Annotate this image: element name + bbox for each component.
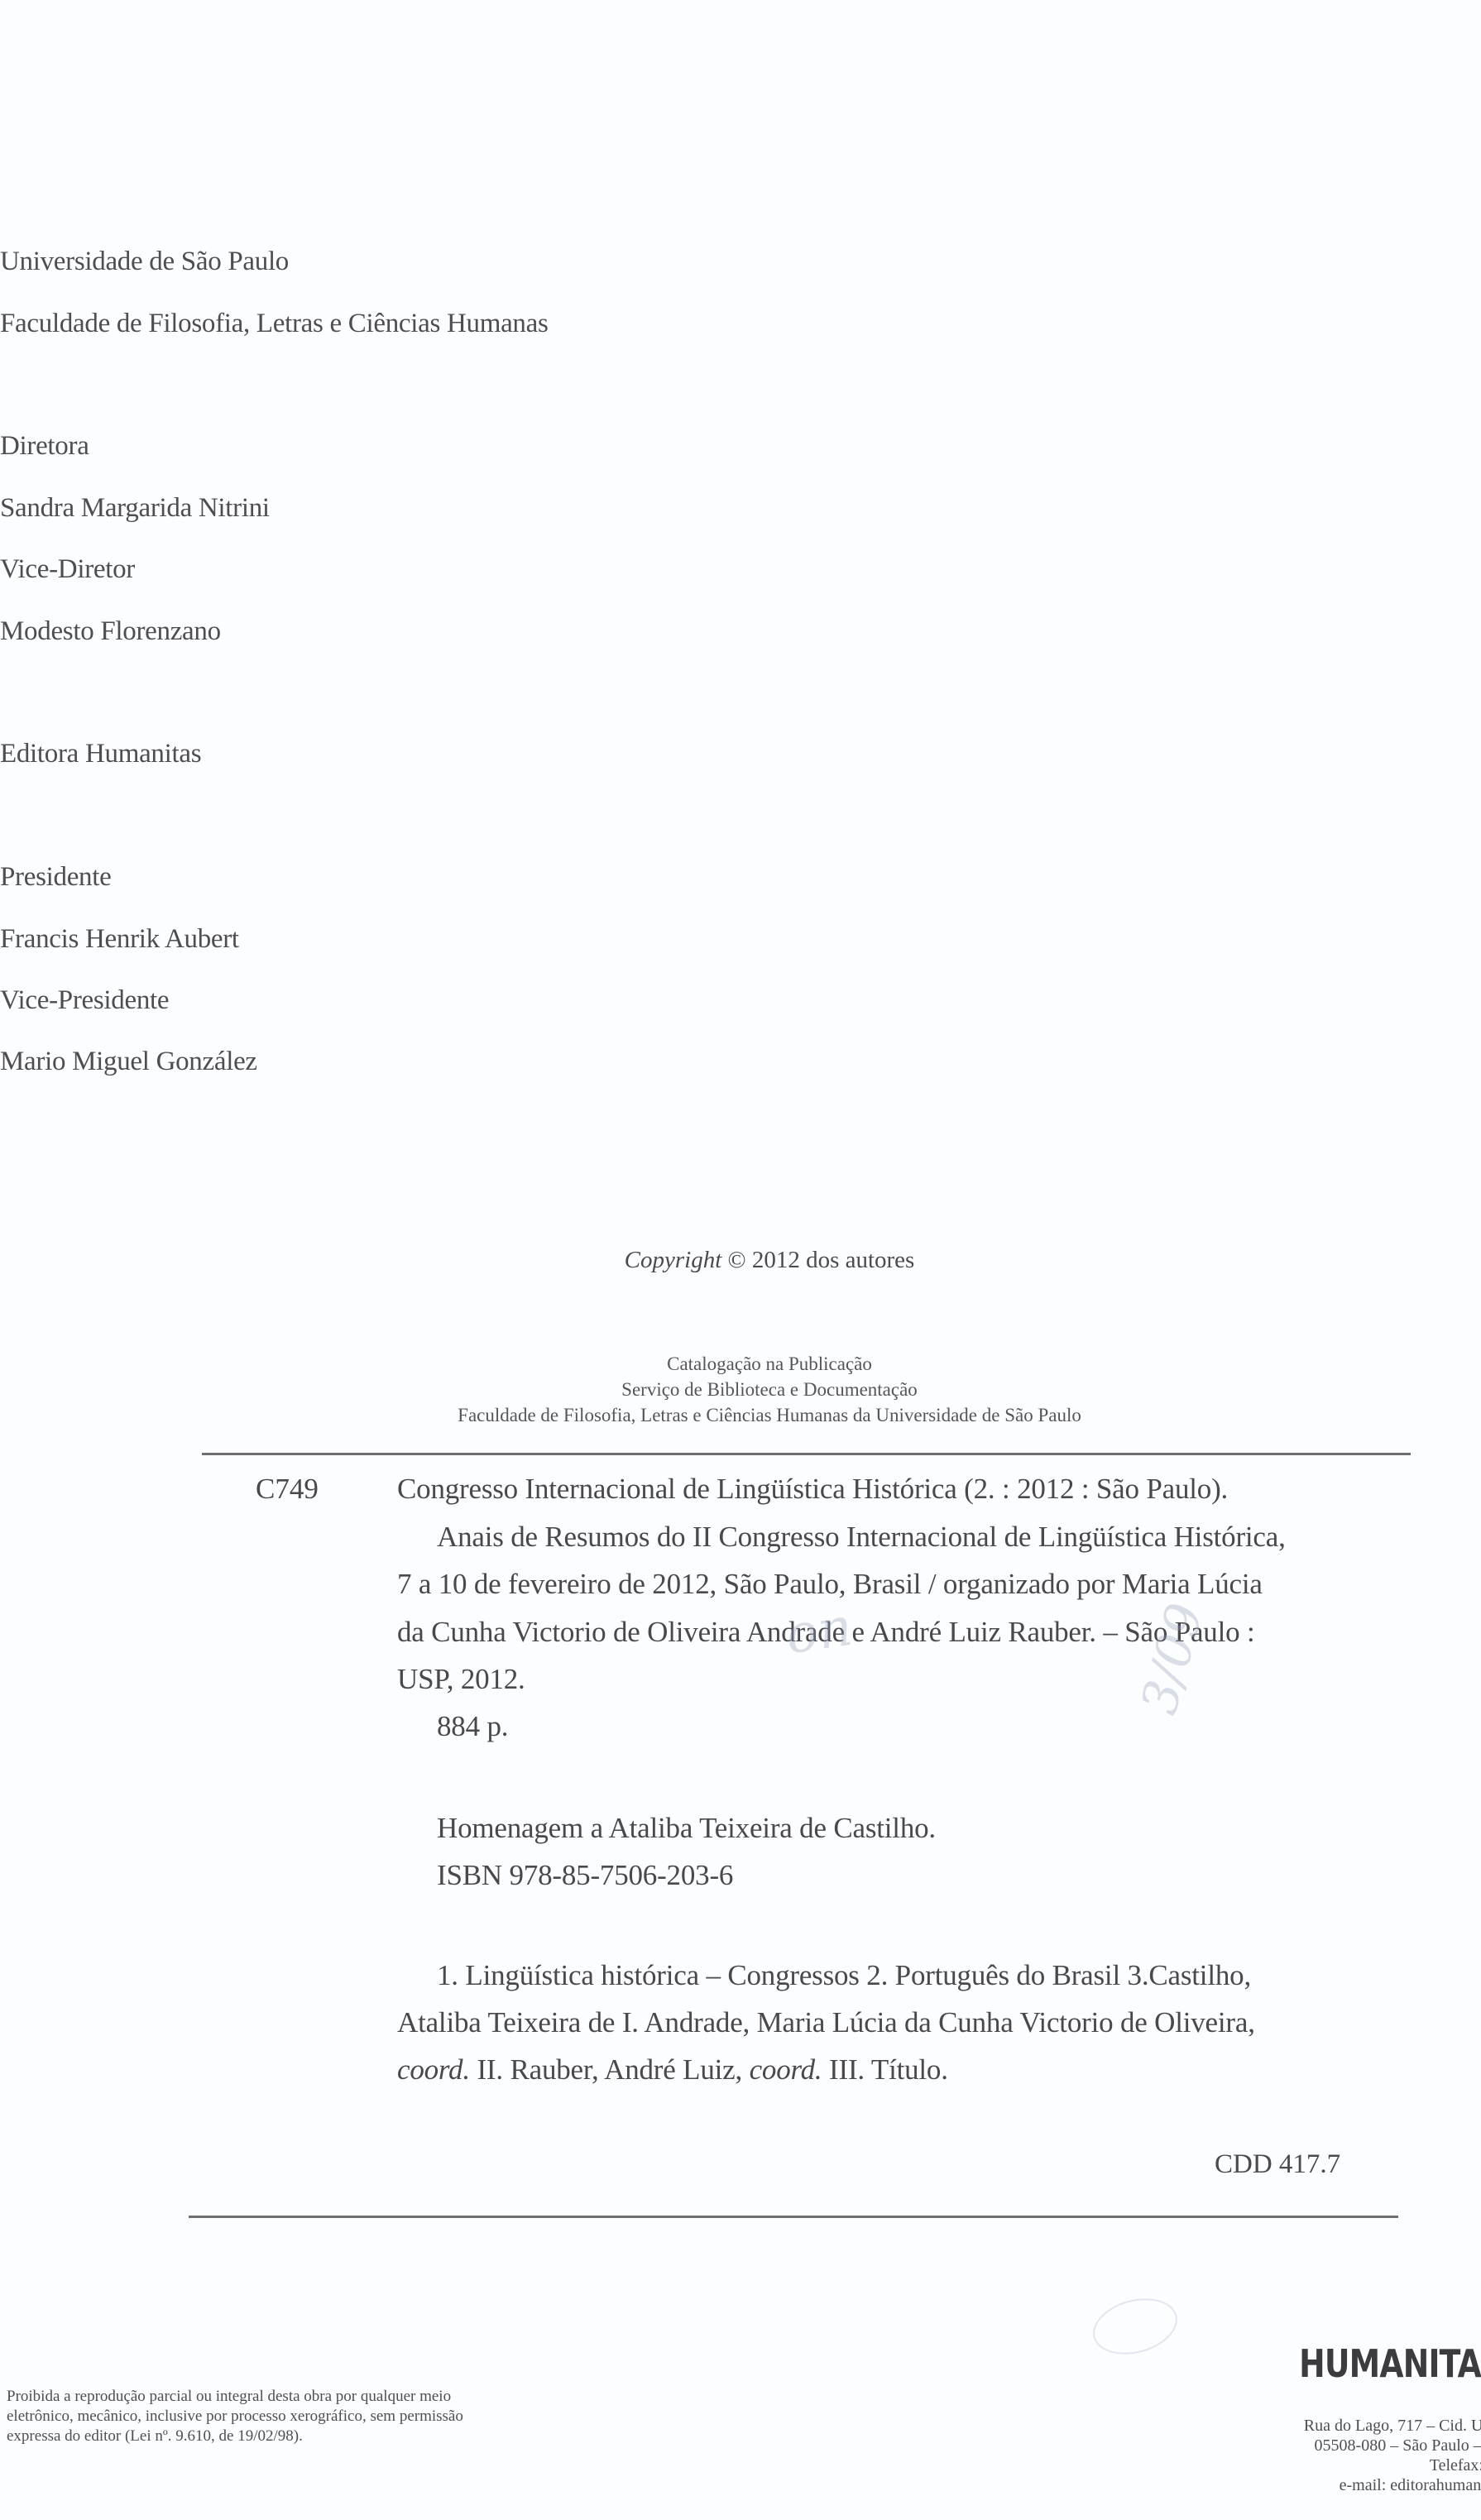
- title-line-1: Anais de Resumos do II Congresso Interna…: [437, 1521, 1286, 1554]
- copyright-word: Copyright: [625, 1247, 722, 1273]
- subjects-mid: II. Rauber, André Luiz,: [470, 2053, 750, 2086]
- copyright-notice: Copyright © 2012 dos autores: [0, 1247, 1481, 1274]
- catalog-top-rule: [202, 1453, 1411, 1455]
- copyright-rest: © 2012 dos autores: [728, 1247, 915, 1273]
- vice-director-title: Vice-Diretor: [0, 553, 135, 586]
- publisher-name: Editora Humanitas: [0, 737, 201, 770]
- address-line-1: Rua do Lago, 717 – Cid. Univ: [1304, 2416, 1481, 2436]
- pencil-annotation: on: [782, 1597, 856, 1666]
- director-title: Diretora: [0, 429, 89, 462]
- isbn: ISBN 978-85-7506-203-6: [437, 1859, 733, 1892]
- note: Homenagem a Ataliba Teixeira de Castilho…: [437, 1812, 936, 1845]
- subjects-line-3: coord. II. Rauber, André Luiz, coord. II…: [397, 2053, 948, 2086]
- president-name: Francis Henrik Aubert: [0, 922, 239, 956]
- vice-president-title: Vice-Presidente: [0, 984, 169, 1017]
- call-number: C749: [256, 1473, 319, 1506]
- legal-line-2: eletrônico, mecânico, inclusive por proc…: [7, 2407, 463, 2427]
- vice-director-name: Modesto Florenzano: [0, 615, 221, 648]
- legal-line-3: expressa do editor (Lei nº. 9.610, de 19…: [7, 2427, 463, 2446]
- catalog-bottom-rule: [189, 2216, 1398, 2218]
- address-line-2: 05508-080 – São Paulo – SP: [1315, 2436, 1481, 2455]
- subjects-line-2: Ataliba Teixeira de I. Andrade, Maria Lú…: [397, 2006, 1255, 2039]
- coord-label: coord.: [750, 2053, 822, 2086]
- coord-label: coord.: [397, 2053, 470, 2086]
- humanitas-logo: HUMANITAS: [1299, 2341, 1481, 2386]
- director-name: Sandra Margarida Nitrini: [0, 491, 270, 525]
- legal-notice: Proibida a reprodução parcial ou integra…: [7, 2387, 463, 2446]
- pages: 884 p.: [437, 1710, 508, 1743]
- address-line-4: e-mail: editorahumanitas: [1340, 2475, 1481, 2495]
- cataloging-header-line2: Serviço de Biblioteca e Documentação: [0, 1377, 1481, 1402]
- university-name: Universidade de São Paulo: [0, 245, 289, 278]
- legal-line-1: Proibida a reprodução parcial ou integra…: [7, 2387, 463, 2407]
- cataloging-header-line1: Catalogação na Publicação: [0, 1351, 1481, 1377]
- faculty-name: Faculdade de Filosofia, Letras e Ciência…: [0, 307, 549, 340]
- pencil-circle-mark: [1086, 2290, 1183, 2364]
- subjects-end: III. Título.: [822, 2053, 948, 2086]
- title-line-4: USP, 2012.: [397, 1663, 525, 1696]
- cdd-classification: CDD 417.7: [1215, 2149, 1340, 2180]
- vice-president-name: Mario Miguel González: [0, 1045, 257, 1078]
- cataloging-header-line3: Faculdade de Filosofia, Letras e Ciência…: [0, 1402, 1481, 1428]
- address-line-3: Telefax: 30: [1430, 2455, 1481, 2475]
- president-title: Presidente: [0, 860, 111, 893]
- title-line-2: 7 a 10 de fevereiro de 2012, São Paulo, …: [397, 1568, 1263, 1601]
- subjects-line-1: 1. Lingüística histórica – Congressos 2.…: [437, 1959, 1251, 1992]
- main-entry: Congresso Internacional de Lingüística H…: [397, 1473, 1228, 1506]
